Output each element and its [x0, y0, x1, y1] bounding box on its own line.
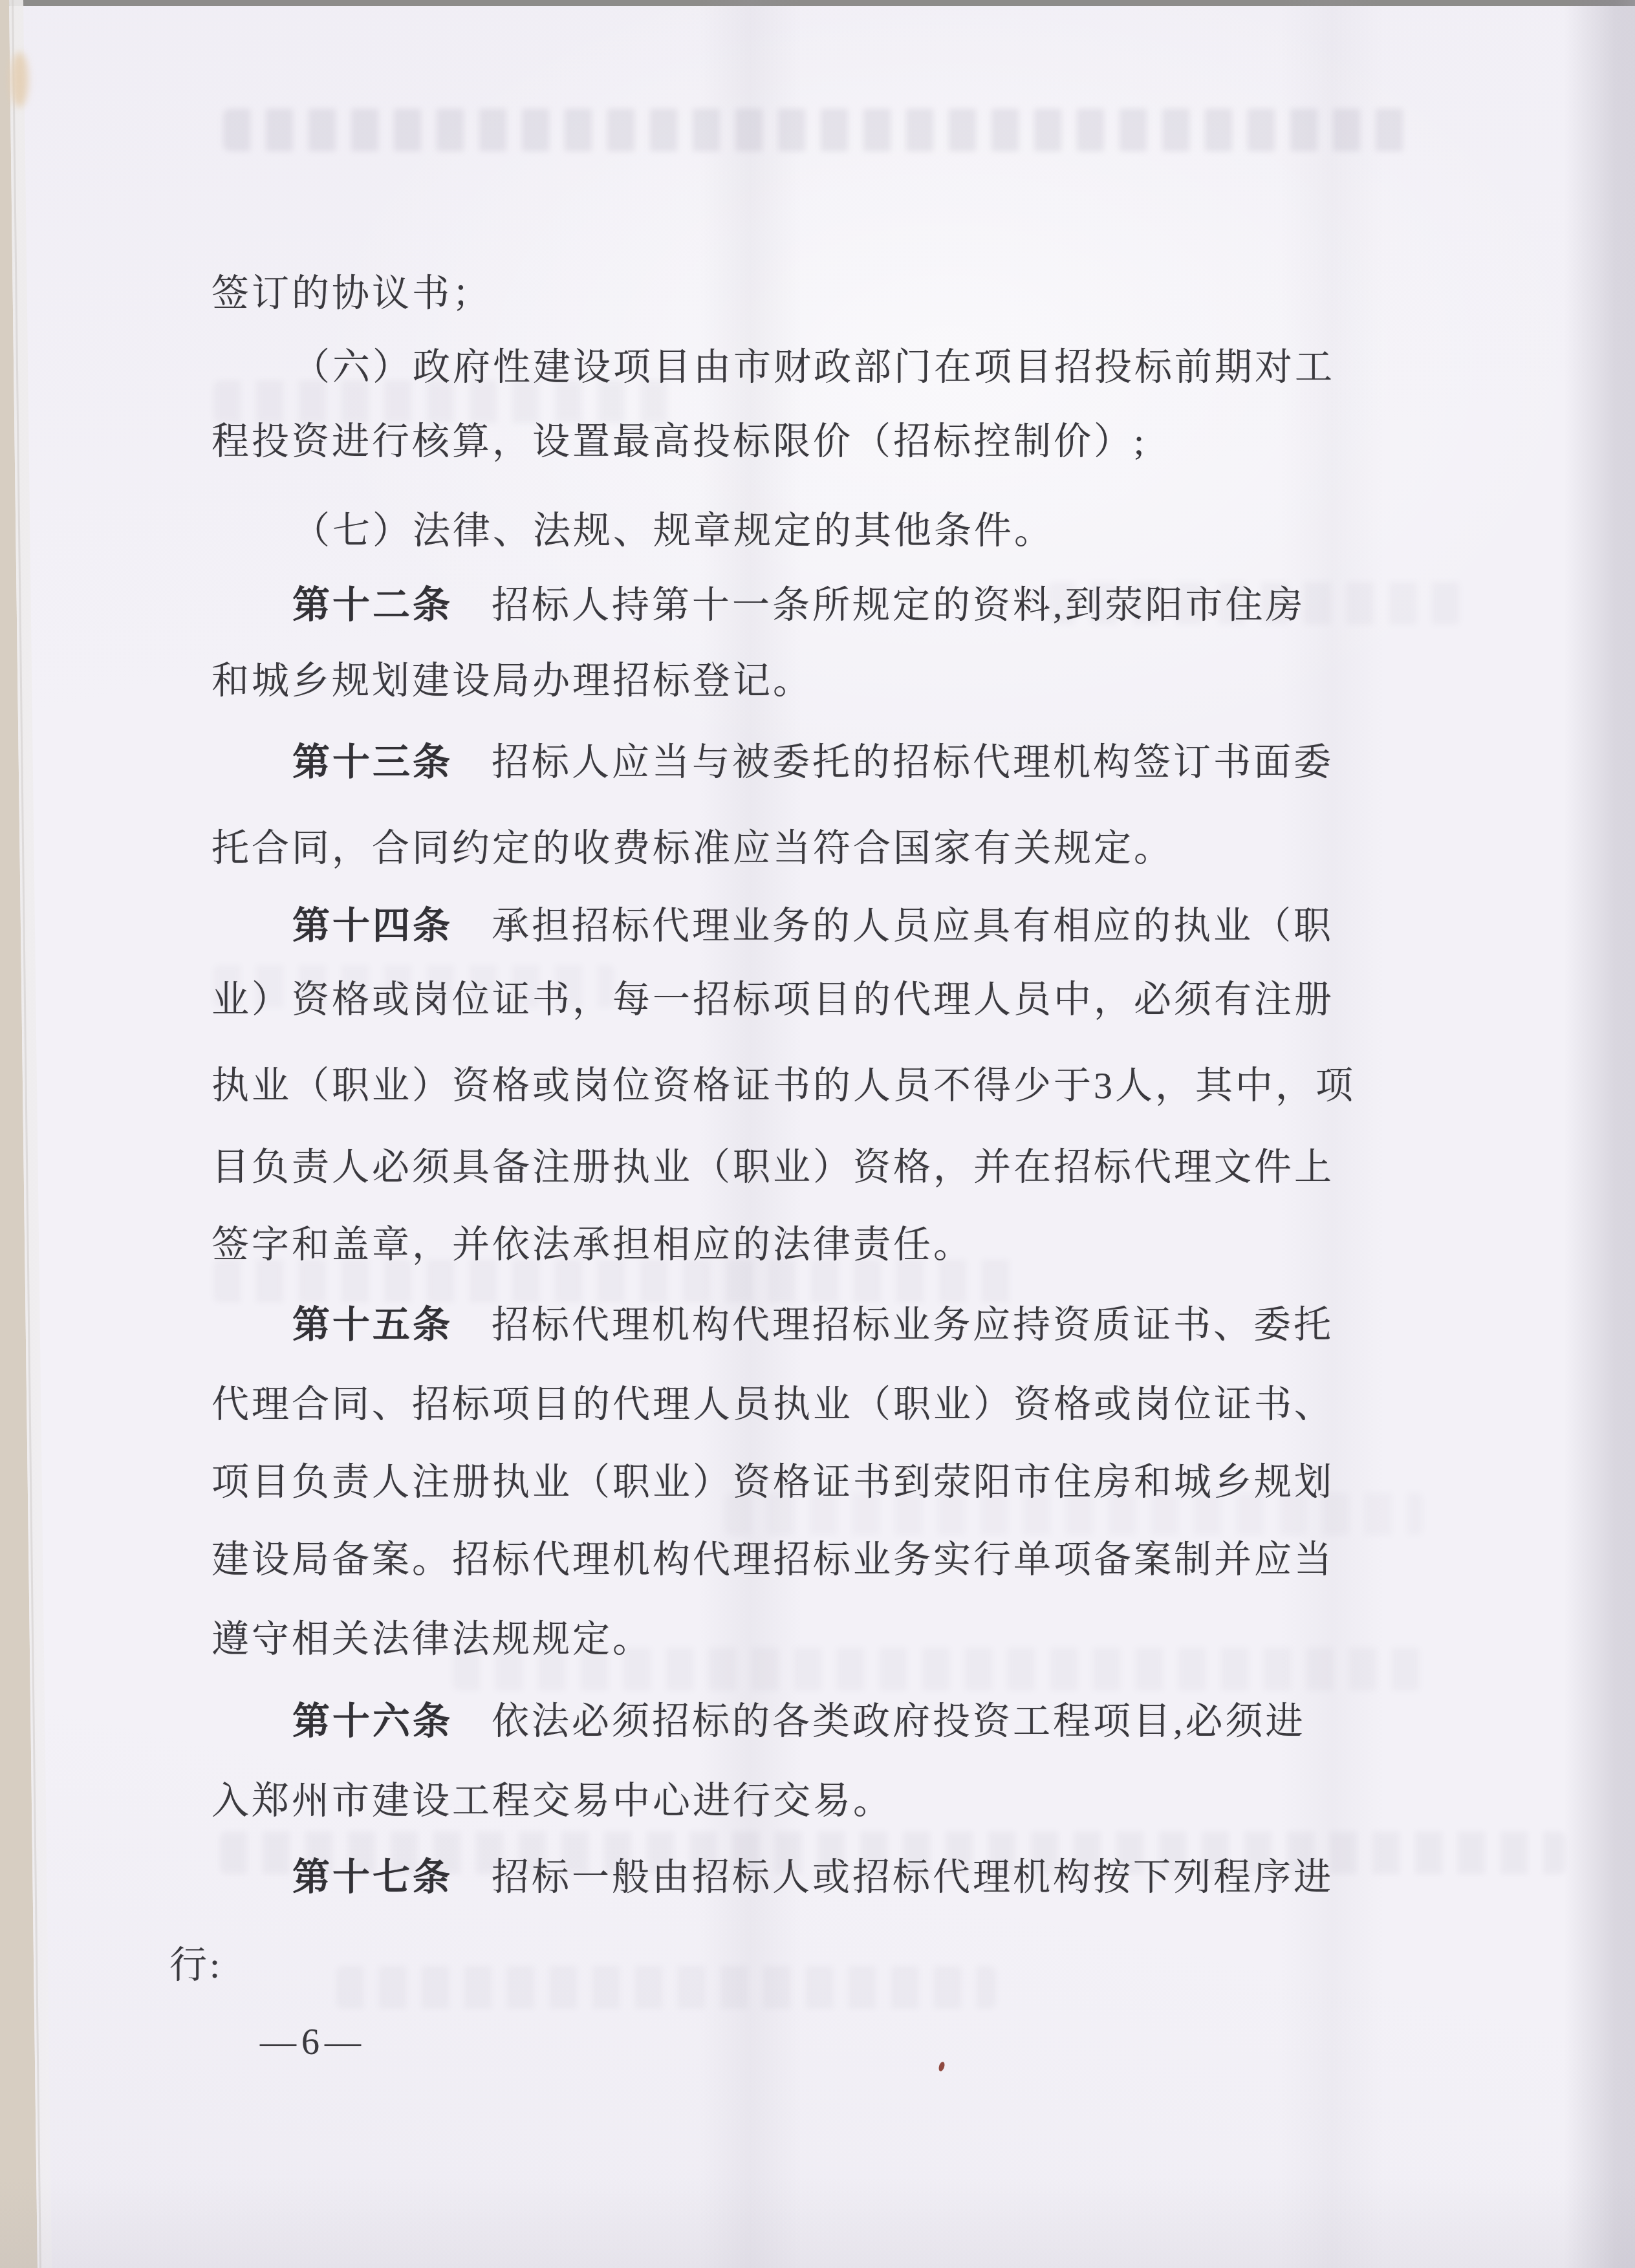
bleedthrough-smudge [213, 1260, 1022, 1302]
line-text: 签订的协议书； [211, 272, 492, 314]
line-text: 业）资格或岗位证书，每一招标项目的代理人员中，必须有注册 [211, 978, 1334, 1021]
line-text: 遵守相关法律法规规定。 [211, 1618, 653, 1660]
line-text: 招标一般由招标人或招标代理机构按下列程序进 [492, 1856, 1334, 1898]
article-number: 第十四条 [292, 905, 453, 947]
line-text: 和城乡规划建设局办理招标登记。 [211, 660, 813, 702]
article-number: 第十二条 [292, 584, 453, 626]
text-line: 入郑州市建设工程交易中心进行交易。 [211, 1781, 893, 1821]
line-text: 代理合同、招标项目的代理人员执业（职业）资格或岗位证书、 [211, 1383, 1334, 1425]
paper-crease [698, 0, 802, 2268]
scanner-edge-bar [0, 0, 1635, 6]
text-line: 执业（职业）资格或岗位资格证书的人员不得少于3人，其中，项 [211, 1066, 1356, 1106]
article-number: 第十三条 [292, 741, 453, 783]
scanned-page: 签订的协议书； （六）政府性建设项目由市财政部门在项目招投标前期对工 程投资进行… [0, 0, 1635, 2268]
text-line: 目负责人必须具备注册执业（职业）资格，并在招标代理文件上 [211, 1147, 1334, 1187]
bleedthrough-smudge [336, 1966, 996, 2009]
line-text: 依法必须招标的各类政府投资工程项目,必须进 [492, 1700, 1306, 1742]
line-text: 签字和盖章，并依法承担相应的法律责任。 [211, 1224, 973, 1266]
page-curl-shadow [1564, 0, 1635, 2268]
text-line: 第十二条招标人持第十一条所规定的资料,到荥阳市住房 [211, 585, 1306, 625]
line-text: 目负责人必须具备注册执业（职业）资格，并在招标代理文件上 [211, 1146, 1334, 1188]
red-speck [938, 2061, 946, 2072]
text-line: 第十三条招标人应当与被委托的招标代理机构签订书面委 [211, 742, 1334, 783]
line-text: 执业（职业）资格或岗位资格证书的人员不得少于3人，其中，项 [211, 1064, 1356, 1107]
text-line: 代理合同、招标项目的代理人员执业（职业）资格或岗位证书、 [211, 1385, 1334, 1425]
paper-stain [10, 52, 28, 107]
bottom-shadow [0, 2177, 1635, 2268]
text-line: 托合同，合同约定的收费标准应当符合国家有关规定。 [211, 828, 1174, 869]
line-text: 招标代理机构代理招标业务应持资质证书、委托 [492, 1304, 1334, 1346]
article-number: 第十七条 [292, 1856, 453, 1898]
line-text: 承担招标代理业务的人员应具有相应的执业（职 [492, 905, 1334, 947]
page-number: —6— [260, 2022, 366, 2063]
text-line: 第十五条招标代理机构代理招标业务应持资质证书、委托 [211, 1305, 1334, 1345]
line-text: （七）法律、法规、规章规定的其他条件。 [292, 510, 1054, 552]
text-line: 第十七条招标一般由招标人或招标代理机构按下列程序进 [211, 1857, 1334, 1897]
line-text: 行: [169, 1944, 222, 1986]
article-number: 第十六条 [292, 1700, 453, 1742]
paper-crease [1281, 0, 1384, 2268]
text-line: 签字和盖章，并依法承担相应的法律责任。 [211, 1225, 973, 1265]
text-line: 第十四条承担招标代理业务的人员应具有相应的执业（职 [211, 906, 1334, 946]
bleedthrough-smudge [223, 109, 1413, 151]
article-number: 第十五条 [292, 1304, 453, 1346]
line-text: 建设局备案。招标代理机构代理招标业务实行单项备案制并应当 [211, 1539, 1334, 1581]
text-line: 第十六条依法必须招标的各类政府投资工程项目,必须进 [211, 1701, 1306, 1742]
line-text: 托合同，合同约定的收费标准应当符合国家有关规定。 [211, 827, 1174, 869]
line-text: 程投资进行核算，设置最高投标限价（招标控制价）; [211, 420, 1147, 462]
text-line: 和城乡规划建设局办理招标登记。 [211, 661, 813, 701]
line-text: 入郑州市建设工程交易中心进行交易。 [211, 1780, 893, 1822]
text-line: 程投资进行核算，设置最高投标限价（招标控制价）; [211, 422, 1147, 462]
text-line: 业）资格或岗位证书，每一招标项目的代理人员中，必须有注册 [211, 980, 1334, 1020]
text-line: 项目负责人注册执业（职业）资格证书到荥阳市住房和城乡规划 [211, 1462, 1334, 1502]
text-line: 签订的协议书； [211, 274, 492, 314]
text-line: （七）法律、法规、规章规定的其他条件。 [211, 511, 1054, 551]
text-line: 建设局备案。招标代理机构代理招标业务实行单项备案制并应当 [211, 1540, 1334, 1580]
text-line: （六）政府性建设项目由市财政部门在项目招投标前期对工 [211, 347, 1335, 387]
text-line: 遵守相关法律法规规定。 [211, 1619, 653, 1659]
line-text: 招标人应当与被委托的招标代理机构签订书面委 [492, 741, 1334, 783]
line-text: 招标人持第十一条所规定的资料,到荥阳市住房 [492, 584, 1306, 626]
line-text: （六）政府性建设项目由市财政部门在项目招投标前期对工 [292, 346, 1335, 388]
line-text: 项目负责人注册执业（职业）资格证书到荥阳市住房和城乡规划 [211, 1461, 1334, 1503]
text-line: 行: [169, 1945, 222, 1985]
